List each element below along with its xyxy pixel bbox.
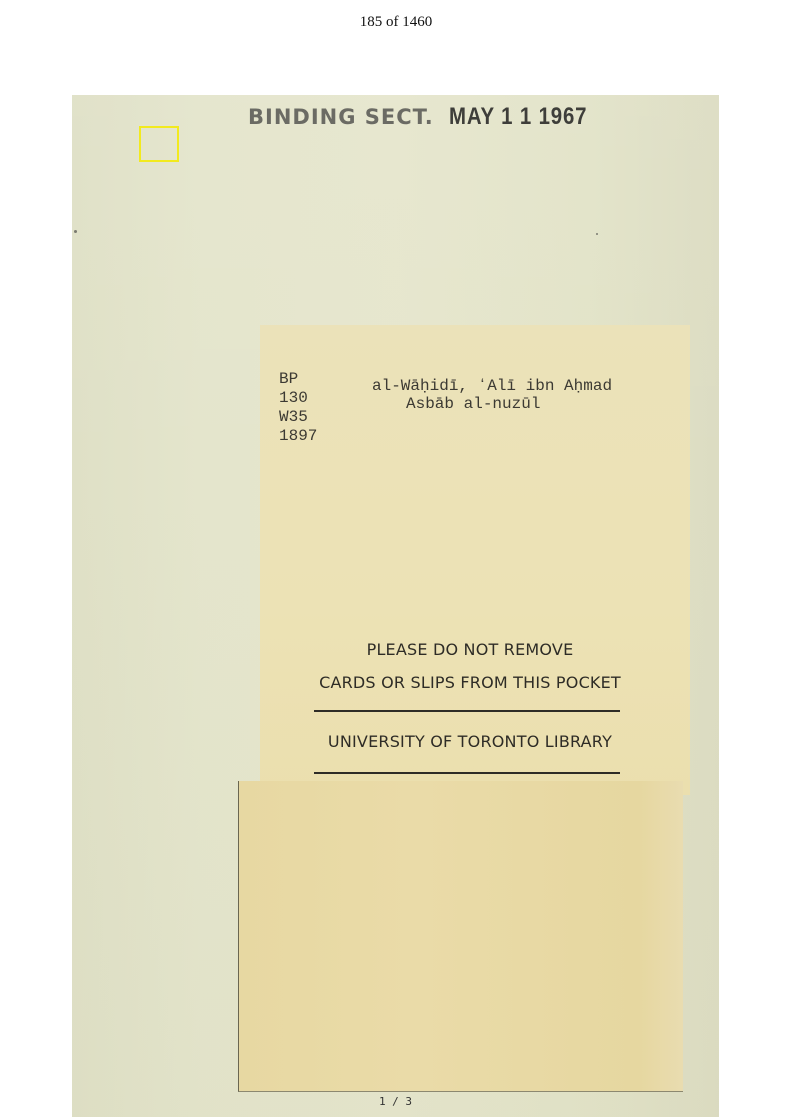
card-author: al-Wāḥidī, ʻAlī ibn Aḥmad bbox=[372, 377, 612, 395]
scan-speck bbox=[596, 233, 598, 235]
divider-rule bbox=[314, 772, 620, 774]
pocket-library-name: UNIVERSITY OF TORONTO LIBRARY bbox=[300, 732, 640, 751]
call-number-line: 130 bbox=[279, 389, 317, 408]
call-number: BP 130 W35 1897 bbox=[279, 370, 317, 446]
scanned-page: BINDING SECT. MAY 1 1 1967 BP 130 W35 18… bbox=[72, 95, 719, 1117]
selection-highlight-box[interactable] bbox=[139, 126, 179, 162]
call-number-line: BP bbox=[279, 370, 317, 389]
binding-stamp: BINDING SECT. MAY 1 1 1967 bbox=[248, 103, 612, 131]
scan-speck bbox=[74, 230, 77, 233]
call-number-line: W35 bbox=[279, 408, 317, 427]
page-counter: 185 of 1460 bbox=[0, 14, 792, 31]
stamp-section: BINDING SECT. bbox=[248, 105, 434, 129]
card-pocket bbox=[238, 781, 683, 1092]
pocket-notice-line-2: CARDS OR SLIPS FROM THIS POCKET bbox=[300, 673, 640, 692]
stamp-date: MAY 1 1 1967 bbox=[449, 103, 587, 131]
card-title: Asbāb al-nuzūl bbox=[406, 395, 540, 413]
divider-rule bbox=[314, 710, 620, 712]
call-number-line: 1897 bbox=[279, 427, 317, 446]
pdf-page-indicator: 1 / 3 bbox=[72, 1095, 719, 1108]
pocket-notice-line-1: PLEASE DO NOT REMOVE bbox=[300, 640, 640, 659]
